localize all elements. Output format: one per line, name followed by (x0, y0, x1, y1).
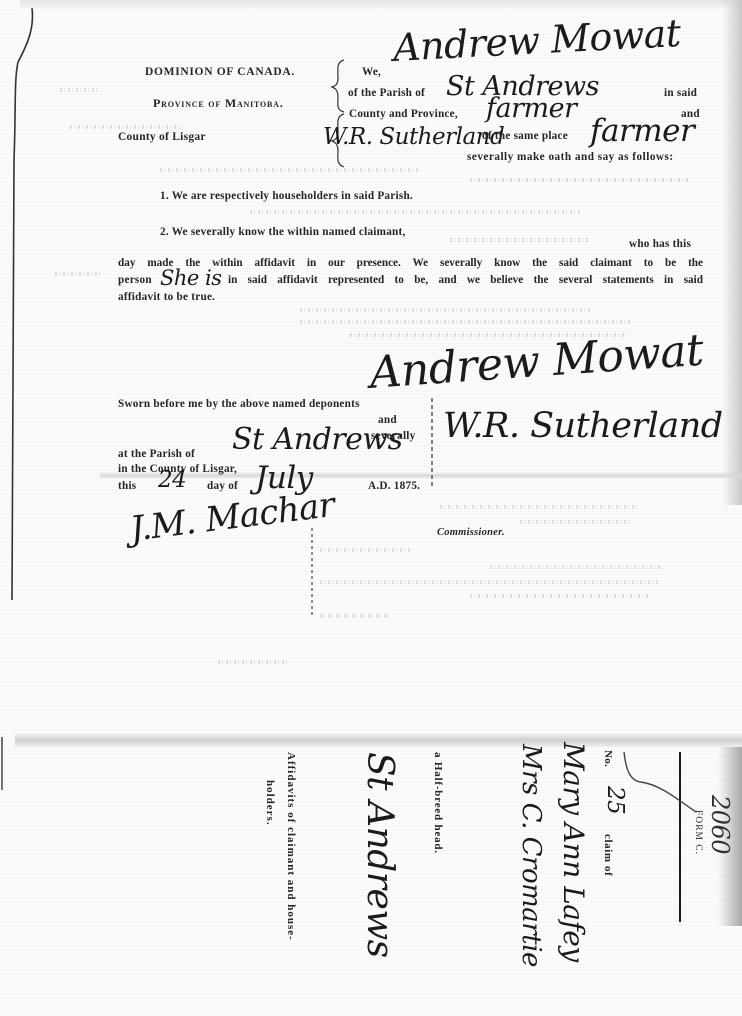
this-label: this (118, 480, 136, 492)
halfbreed-head-label: a Half-breed head. (432, 752, 444, 854)
endorsement-title-line-1: Affidavits of claimant and house- (285, 752, 297, 941)
province-heading: Province of Manitoba. (153, 96, 284, 111)
oath-statement: severally make oath and say as follows: (467, 151, 674, 163)
she-is-handwritten: She is (160, 266, 222, 290)
bleed-through-ink (320, 548, 410, 552)
bleed-through-ink (440, 505, 640, 509)
right-edge-shadow (722, 0, 742, 505)
file-number-handwritten: 2060 (706, 795, 734, 854)
bleed-through-ink (490, 565, 660, 569)
jurat-dashed-brace (426, 398, 438, 490)
county-province-label: County and Province, (349, 108, 458, 120)
commissioner-label: Commissioner. (437, 527, 505, 538)
clause-2-who-has-this: who has this (629, 238, 691, 250)
top-edge-shadow (20, 0, 742, 10)
dominion-heading: DOMINION OF CANADA. (145, 66, 295, 78)
sworn-before-label: Sworn before me by the above named depon… (118, 398, 360, 410)
clause-2-person-label: person (118, 274, 152, 286)
of-parish-label: of the Parish of (348, 87, 425, 99)
deponent2-occupation-handwritten: farmer (590, 113, 694, 149)
bleed-through-ink (60, 88, 100, 92)
bleed-through-ink (300, 308, 590, 312)
claimant-line-1-handwritten: Mary Ann Lafey (557, 742, 590, 962)
bleed-through-ink (160, 168, 420, 172)
year-label: A.D. 1875. (368, 480, 420, 492)
bleed-through-ink (55, 272, 100, 276)
same-place-label: of the same place (482, 130, 568, 142)
bleed-through-ink (218, 660, 288, 664)
bleed-through-ink (520, 520, 630, 524)
day-handwritten: 24 (158, 467, 186, 493)
bleed-through-ink (320, 580, 660, 584)
claim-of-label: claim of (602, 834, 614, 876)
bleed-through-ink (320, 614, 390, 618)
commissioner-dashed-brace (306, 528, 318, 620)
endorsement-parish-signature: St Andrews (359, 752, 400, 958)
deponent1-name-handwritten: Andrew Mowat (392, 11, 682, 70)
jurat-parish-handwritten: St Andrews (232, 422, 403, 457)
bleed-through-ink (300, 320, 630, 324)
deponent2-name-handwritten: W.R. Sutherland (323, 124, 504, 150)
clause-2-line-3: in said affidavit represented to be, and… (228, 274, 703, 286)
in-said-label: in said (664, 87, 697, 99)
county-heading: County of Lisgar (118, 131, 206, 143)
bleed-through-ink (70, 125, 180, 129)
page-edge-left (0, 0, 60, 1016)
claimant-line-2-handwritten: Mrs C. Cromartie (516, 744, 546, 967)
clause-2-line-4: affidavit to be true. (118, 291, 215, 303)
clause-2-line-1: 2. We severally know the within named cl… (160, 226, 406, 238)
clause-1: 1. We are respectively householders in s… (160, 190, 413, 202)
scanned-affidavit-page: DOMINION OF CANADA. Province of Manitoba… (0, 0, 742, 1016)
bleed-through-ink (470, 178, 690, 182)
deponent2-signature: W.R. Sutherland (443, 406, 723, 446)
we-label: We, (362, 66, 381, 78)
deponent1-occupation-handwritten: farmer (486, 93, 577, 124)
bleed-through-ink (450, 238, 590, 242)
bleed-through-ink (470, 594, 650, 598)
at-parish-label: at the Parish of (118, 448, 195, 460)
bleed-through-ink (250, 210, 580, 214)
day-of-label: day of (207, 480, 238, 492)
check-mark-icon (600, 740, 700, 820)
endorsement-title-line-2: holders. (264, 780, 276, 826)
